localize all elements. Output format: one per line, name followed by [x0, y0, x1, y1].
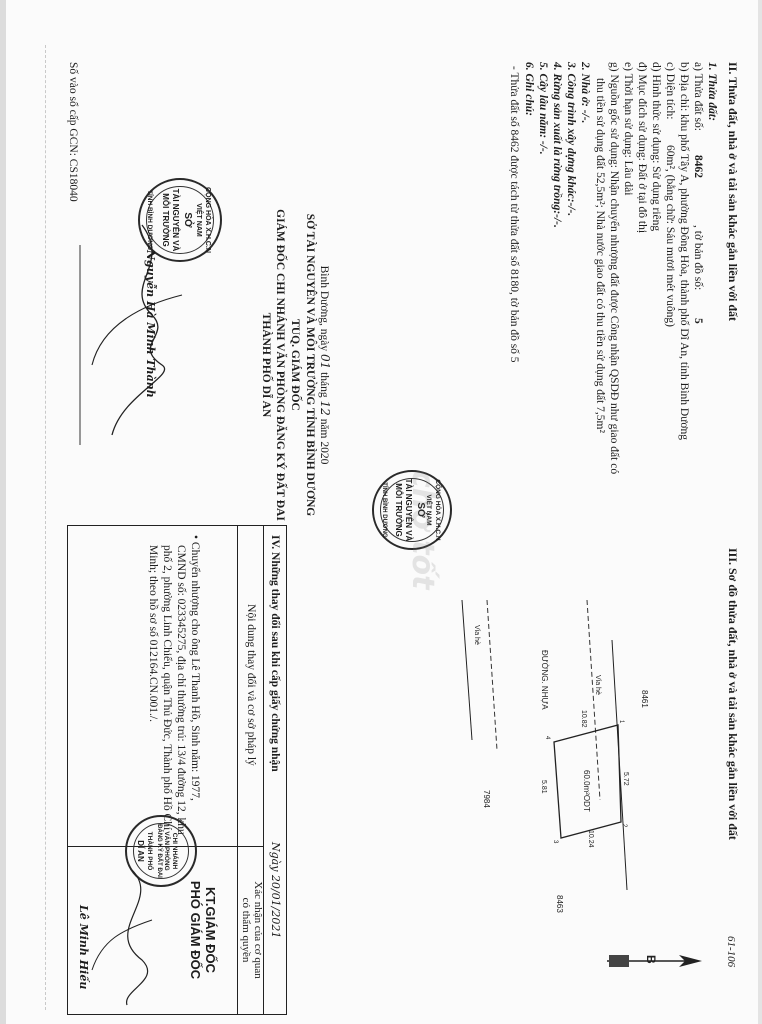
forest-item: 4. Rừng sản xuất là rừng trồng:-/-. — [550, 62, 564, 228]
notes-heading: 6. Ghi chú: — [522, 62, 536, 116]
registry-value: CS18040 — [67, 159, 79, 202]
change-entry-line4: Minh; theo hồ sơ số 012164.CN.001./. — [146, 545, 160, 722]
road-edge-line — [462, 600, 472, 740]
date-year: năm 2020 — [318, 419, 330, 465]
map-sheet-label: , tờ bản đồ số: — [691, 225, 705, 290]
issue-date: Bình Dương, ngày 01 tháng 12 năm 2020 — [317, 200, 332, 530]
usage-term: e) Thời hạn sử dụng: Lâu dài — [621, 62, 635, 195]
change-entry-line2: CMND số: 023345275, địa chỉ thường trú: … — [174, 545, 188, 835]
area-value: 60m², (bằng chữ: Sáu mươi mét vuông) — [663, 145, 677, 327]
signature-director — [52, 205, 202, 455]
sheet-code: 61-106 — [724, 936, 738, 967]
registry-number: Số vào sổ cấp GCN: CS18040 — [66, 62, 80, 202]
sidewalk-label-2: Vỉa hè — [473, 625, 481, 645]
edge-label-right: 10.24 — [587, 830, 594, 848]
change-entry-line3: phố 2, phường Linh Chiểu, quận Thủ Đức, … — [160, 545, 174, 830]
parcel-number: 8462 — [691, 155, 705, 178]
other-construction-item: 3. Công trình xây dựng khác:-/-. — [564, 62, 578, 216]
usage-origin-line1: g) Nguồn gốc sử dụng: Nhận chuyển nhượng… — [607, 62, 621, 474]
area-label: c) Diện tích: — [663, 62, 677, 119]
col-header-confirm: Xác nhận của cơ quan có thẩm quyền — [240, 845, 264, 1015]
land-address: b) Địa chỉ: khu phố Tây A, phường Đông H… — [677, 62, 691, 440]
date-month: 12 — [318, 401, 332, 416]
date-day: 01 — [318, 354, 332, 369]
neighbor-7984: 7984 — [482, 790, 491, 808]
map-sheet-number: 5 — [691, 318, 705, 324]
scan-edge-bottom — [0, 0, 6, 1024]
north-label: B — [644, 955, 658, 964]
road-dashed-line — [487, 600, 497, 750]
signer-role-line2: THÀNH PHỐ DĨ AN — [259, 200, 273, 530]
parcel-label: a) Thửa đất số: — [691, 62, 705, 131]
seal-center-bot: MÔI TRƯỜNG — [394, 472, 403, 548]
scan-edge-top — [758, 0, 762, 1024]
usage-origin-line2: thu tiền sử dụng đất 52,5m²; Nhà nước gi… — [593, 78, 607, 433]
section-ii-title: II. Thửa đất, nhà ở và tài sản khác gắn … — [726, 62, 740, 321]
neighbor-8461: 8461 — [640, 690, 649, 708]
date-prefix: Bình Dương, ngày — [318, 266, 330, 351]
on-behalf-of: TUQ. GIÁM ĐỐC — [288, 200, 302, 530]
col-header-confirm-line1: Xác nhận của cơ quan — [252, 845, 264, 1015]
vertex-3: 3 — [552, 840, 558, 844]
parcel-area-label: 60.0m²ODT — [582, 770, 591, 812]
vertex-1: 1 — [618, 720, 624, 724]
col-header-content: Nội dung thay đổi và cơ sở pháp lý — [244, 525, 258, 845]
signer-role-line1: GIÁM ĐỐC CHI NHÁNH VĂN PHÒNG ĐĂNG KÝ ĐẤT… — [273, 200, 287, 530]
issuing-department: SỞ TÀI NGUYÊN VÀ MÔI TRƯỜNG TỈNH BÌNH DƯ… — [303, 200, 317, 530]
seal-bottom-text: TỈNH BÌNH DƯƠNG — [379, 472, 388, 548]
vertex-2: 2 — [621, 824, 627, 828]
section-iii-title: III. Sơ đồ thửa đất, nhà ở và tài sản kh… — [726, 548, 740, 840]
signer-name: Nguyễn Hà Minh Thành — [143, 250, 157, 398]
north-arrow-icon: B — [597, 946, 707, 976]
usage-form: d) Hình thức sử dụng: Sử dụng riêng — [649, 62, 663, 231]
edge-label-back: 5.81 — [540, 780, 547, 794]
confirm-signer-name: Lê Minh Hiếu — [76, 905, 90, 989]
edge-label-left: 10.82 — [580, 710, 587, 728]
change-entry-line1: • Chuyển nhượng cho ông Lê Thanh Hồ, Sin… — [188, 535, 202, 801]
road-label: ĐƯỜNG. NHỰA — [540, 650, 549, 710]
confirm-role-kt: KT.GIÁM ĐỐC — [203, 845, 217, 1015]
usage-purpose: đ) Mục đích sử dụng: Đất ở tại đô thị — [635, 62, 649, 233]
col-header-confirm-line2: có thẩm quyền — [240, 845, 252, 1015]
sidewalk-label-1: Vỉa hè — [594, 675, 602, 695]
perennial-item: 5. Cây lâu năm: -/-. — [536, 62, 550, 155]
page-fold-line — [44, 45, 46, 1010]
vertex-4: 4 — [544, 736, 550, 740]
neighbor-8463: 8463 — [555, 895, 564, 913]
section-iv-title: IV. Những thay đổi sau khi cấp giấy chứn… — [268, 535, 282, 772]
note-text: - Thửa đất số 8462 được tách từ thửa đất… — [507, 66, 521, 363]
house-item: 2. Nhà ở: -/-. — [578, 62, 592, 123]
registry-label: Số vào sổ cấp GCN: — [67, 62, 79, 156]
change-entry-date: Ngày 20/01/2021 — [268, 842, 282, 938]
edge-label-front: 5.72 — [622, 772, 629, 786]
certificate-page: II. Thửa đất, nhà ở và tài sản khác gắn … — [0, 0, 762, 1024]
land-heading: 1. Thửa đất: — [705, 62, 719, 121]
month-prefix: tháng — [318, 372, 330, 398]
